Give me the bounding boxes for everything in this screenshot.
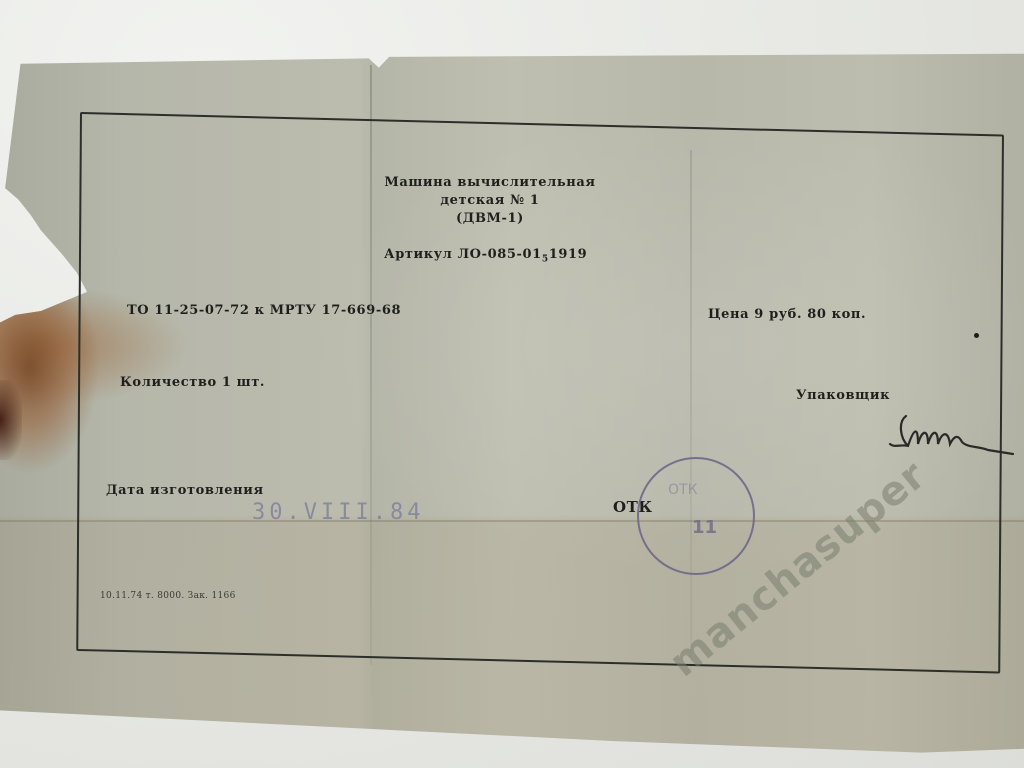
product-title-line-1: Машина вычислительная [372, 175, 608, 190]
packer-label: Упаковщик [796, 388, 890, 403]
qc-stamp-number: 11 [692, 517, 717, 538]
ink-dot [974, 333, 979, 338]
price: Цена 9 руб. 80 коп. [708, 307, 866, 322]
technical-standard: ТО 11-25-07-72 к МРТУ 17-669-68 [127, 303, 401, 318]
quantity: Количество 1 шт. [120, 375, 265, 390]
photo-scene: Машина вычислительная детская № 1 (ДВМ-1… [0, 0, 1024, 768]
manufacture-date-label: Дата изготовления [106, 483, 264, 498]
article-code: Артикул ЛО-085-01 [384, 247, 542, 262]
qc-stamp-text: ОТК [668, 482, 698, 498]
burn-stain-dark [0, 380, 22, 460]
article-suffix: 1919 [549, 247, 588, 262]
qc-stamp [637, 457, 755, 575]
manufacture-date-stamp: 30.VIII.84 [252, 500, 424, 525]
article-number: Артикул ЛО-085-0151919 [384, 247, 587, 265]
product-title-line-2: детская № 1 [372, 193, 608, 208]
product-title-line-3: (ДВМ-1) [372, 211, 608, 226]
print-info: 10.11.74 т. 8000. Зак. 1166 [100, 591, 236, 601]
